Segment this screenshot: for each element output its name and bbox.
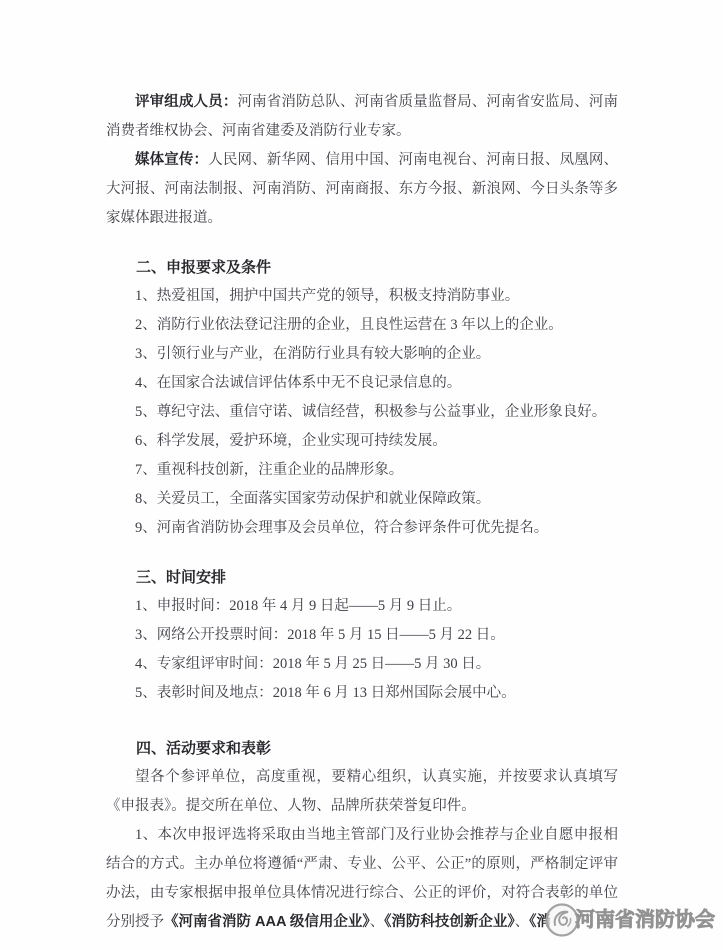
requirement-item-5: 5、尊纪守法、重信守诺、诚信经营，积极参与公益事业，企业形象良好。	[106, 398, 618, 427]
requirement-item-2: 2、消防行业依法登记注册的企业，且良性运营在 3 年以上的企业。	[106, 311, 618, 340]
requirement-item-3: 3、引领行业与产业，在消防行业具有较大影响的企业。	[106, 340, 618, 369]
schedule-item-1: 1、申报时间：2018 年 4 月 9 日起——5 月 9 日止。	[106, 592, 618, 621]
award-separator-1: 、	[370, 914, 385, 930]
paragraph-review-committee: 评审组成人员：河南省消防总队、河南省质量监督局、河南省安监局、河南消费者维权协会…	[106, 88, 618, 146]
award-title-credit-enterprise: 《河南省消防 AAA 级信用企业》	[164, 914, 370, 930]
schedule-item-2: 3、网络公开投票时间：2018 年 5 月 15 日——5 月 22 日。	[106, 621, 618, 650]
paragraph-media-coverage: 媒体宣传：人民网、新华网、信用中国、河南电视台、河南日报、凤凰网、大河报、河南法…	[106, 146, 618, 233]
requirement-item-1: 1、热爱祖国，拥护中国共产党的领导，积极支持消防事业。	[106, 282, 618, 311]
schedule-item-3: 4、专家组评审时间：2018 年 5 月 25 日——5 月 30 日。	[106, 650, 618, 679]
media-coverage-label: 媒体宣传：	[135, 152, 208, 168]
requirement-item-6: 6、科学发展，爱护环境，企业实现可持续发展。	[106, 427, 618, 456]
paragraph-activity-request: 望各个参评单位，高度重视，要精心组织，认真实施，并按要求认真填写《申报表》。提交…	[106, 763, 618, 821]
section-4-heading: 四、活动要求和表彰	[106, 734, 618, 763]
requirement-item-9: 9、河南省消防协会理事及会员单位，符合参评条件可优先提名。	[106, 514, 618, 543]
document-content: 评审组成人员：河南省消防总队、河南省质量监督局、河南省安监局、河南消费者维权协会…	[106, 88, 618, 937]
award-title-tech-innovation: 《消防科技创新企业》	[384, 914, 515, 930]
section-2-heading: 二、申报要求及条件	[106, 253, 618, 282]
award-title-partial: 《消	[529, 914, 551, 930]
requirement-item-4: 4、在国家合法诚信评估体系中无不良记录信息的。	[106, 369, 618, 398]
award-separator-2: 、	[515, 914, 530, 930]
paragraph-selection-method: 1、本次申报评选将采取由当地主管部门及行业协会推荐与企业自愿申报相结合的方式。主…	[106, 821, 618, 937]
requirement-item-7: 7、重视科技创新，注重企业的品牌形象。	[106, 456, 618, 485]
requirement-item-8: 8、关爱员工，全面落实国家劳动保护和就业保障政策。	[106, 485, 618, 514]
section-3-heading: 三、时间安排	[106, 563, 618, 592]
review-committee-label: 评审组成人员：	[135, 94, 237, 110]
schedule-item-4: 5、表彰时间及地点：2018 年 6 月 13 日郑州国际会展中心。	[106, 679, 618, 708]
document-page: 评审组成人员：河南省消防总队、河南省质量监督局、河南省安监局、河南消费者维权协会…	[0, 0, 723, 950]
